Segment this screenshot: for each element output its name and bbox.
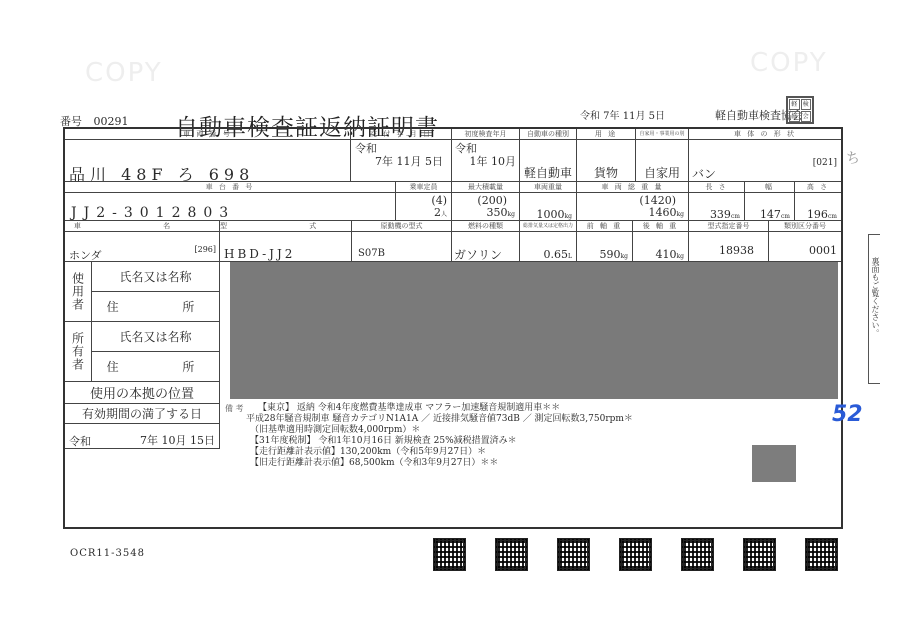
header-private-business: 自家用・事業用の別 [636, 129, 689, 140]
height-value: 196 [807, 208, 828, 221]
gross-weight-value: 1460 [649, 206, 677, 219]
header-model: 型 式 [220, 221, 352, 232]
owner-name-label: 氏名又は名称 [92, 322, 220, 352]
first-ym: 1年 10月 [455, 155, 516, 168]
qr-code-icon [557, 538, 590, 571]
remarks-line: 【走行距離計表示値】130,200km（令和5年9月27日）＊ [250, 447, 633, 458]
owner-address-label: 住 所 [92, 352, 220, 382]
margin-mark: ち [846, 148, 860, 168]
header-category-number: 類別区分番号 [769, 221, 841, 232]
displacement-cell: 0.65L [520, 232, 577, 262]
capacity-unit: 人 [441, 211, 447, 218]
watermark-copy-right: COPY [750, 48, 828, 78]
header-usage: 用 途 [577, 129, 636, 140]
user-name-label: 氏名又は名称 [92, 262, 220, 292]
vehicle-plate: 品川 48F ろ 698 [65, 140, 351, 182]
displacement-value: 0.65 [544, 248, 569, 261]
weight-unit: kg [508, 211, 515, 218]
user-label: 使用者 [65, 262, 92, 322]
seal-char: 協 [789, 111, 800, 122]
seal-char: 会 [801, 111, 812, 122]
body-code: [021] [813, 158, 837, 168]
header-issue-date: 交 付 年 月 日 [351, 129, 452, 140]
header-rear-axle: 後 軸 重 [633, 221, 689, 232]
weight-unit: kg [677, 253, 684, 260]
location-label: 使用の本拠の位置 [65, 382, 220, 404]
make-value: ホンダ [69, 247, 102, 262]
make-code: [296] [194, 245, 216, 254]
vehicle-usage: 貨物 [577, 140, 636, 182]
expiry-date-cell: 令和 7年 10月 15日 [65, 424, 220, 449]
vehicle-type: 軽自動車 [520, 140, 577, 182]
redacted-personal-info [230, 262, 838, 399]
remarks-line: （旧基準適用時測定回転数4,000rpm）＊ [250, 425, 633, 436]
rear-axle-value: 410 [656, 248, 677, 261]
user-address-label: 住 所 [92, 292, 220, 322]
length-value: 339 [710, 208, 731, 221]
remarks-line: 【東京】 返納 令和4年度燃費基準達成車 マフラー加速騒音規制適用車＊＊ [258, 403, 633, 414]
header-displacement: 総排気量又は定格出力 [520, 221, 577, 232]
body-shape-cell: バン [021] [689, 140, 841, 182]
remarks-section: 備 考 【東京】 返納 令和4年度燃費基準達成車 マフラー加速騒音規制適用車＊＊… [225, 403, 633, 469]
qr-code-row [433, 538, 838, 571]
vehicle-weight-value: 1000 [537, 208, 565, 221]
qr-code-icon [681, 538, 714, 571]
remarks-lines: 【東京】 返納 令和4年度燃費基準達成車 マフラー加速騒音規制適用車＊＊ 平成2… [260, 403, 633, 469]
header-height: 高 さ [795, 182, 841, 193]
capacity-value: 2 [434, 206, 441, 219]
fuel-type-value: ガソリン [452, 232, 520, 262]
header-fuel-type: 燃料の種類 [452, 221, 520, 232]
width-cell: 147cm [745, 193, 795, 221]
issue-ymd: 7年 11月 5日 [355, 155, 447, 168]
issue-date-cell: 令和 7年 11月 5日 [351, 140, 452, 182]
engine-model-value: S07B [352, 232, 452, 262]
weight-unit: kg [677, 211, 684, 218]
header-vehicle-weight: 車両重量 [520, 182, 577, 193]
vehicle-weight-cell: 1000kg [520, 193, 577, 221]
redacted-stamp [752, 445, 796, 482]
header-type-designation: 型式指定番号 [689, 221, 769, 232]
qr-code-icon [805, 538, 838, 571]
remarks-label: 備 考 [225, 403, 244, 414]
seal-char: 軽 [789, 99, 800, 110]
expiry-date: 7年 10月 15日 [140, 432, 215, 448]
front-axle-value: 590 [600, 248, 621, 261]
header-front-axle: 前 軸 重 [577, 221, 633, 232]
header-vehicle-type: 自動車の種別 [520, 129, 577, 140]
first-registration-cell: 令和 1年 10月 [452, 140, 520, 182]
remarks-line: 【旧走行距離計表示値】68,500km（令和3年9月27日）＊＊ [250, 458, 633, 469]
side-note-box: 裏面もご覧ください。 [868, 234, 880, 384]
category-number-value: 0001 [769, 232, 841, 262]
height-cell: 196cm [795, 193, 841, 221]
expiry-label: 有効期間の満了する日 [65, 404, 220, 424]
gross-weight-cell: (1420) 1460kg [577, 193, 689, 221]
header-body-shape: 車 体 の 形 状 [689, 129, 841, 140]
owner-label: 所有者 [65, 322, 92, 382]
expiry-era: 令和 [69, 433, 91, 449]
qr-code-icon [433, 538, 466, 571]
width-value: 147 [760, 208, 781, 221]
qr-code-icon [495, 538, 528, 571]
body-shape: バン [692, 165, 716, 182]
seal-char: 検 [801, 99, 812, 110]
front-axle-cell: 590kg [577, 232, 633, 262]
dim-unit: cm [731, 213, 740, 220]
issue-era: 令和 [355, 142, 447, 155]
qr-code-icon [619, 538, 652, 571]
header-gross-weight: 車 両 総 重 量 [577, 182, 689, 193]
header-length: 長 さ [689, 182, 745, 193]
header-vehicle-number: 車 両 番 号 [65, 129, 351, 140]
watermark-copy-left: COPY [85, 58, 163, 88]
dim-unit: cm [781, 213, 790, 220]
model-value: HBD-JJ2 [220, 232, 352, 262]
first-era: 令和 [455, 142, 516, 155]
header-width: 幅 [745, 182, 795, 193]
remarks-line: 【31年度税制】 令和1年10月16日 新規検査 25%減税措置済み＊ [250, 436, 633, 447]
header-make: 車 名 [65, 221, 220, 232]
weight-unit: kg [621, 253, 628, 260]
private-business: 自家用 [636, 140, 689, 182]
remarks-line: 平成28年騒音規制車 騒音カテゴリN1A1A ／ 近接排気騒音値73dB ／ 測… [246, 414, 633, 425]
chassis-number: JJ2-3012803 [65, 193, 396, 221]
length-cell: 339cm [689, 193, 745, 221]
header-max-load: 最大積載量 [452, 182, 520, 193]
official-seal-icon: 軽 検 協 会 [786, 96, 814, 124]
issue-date: 令和 7年 11月 5日 [580, 107, 665, 122]
ocr-code: OCR11-3548 [70, 548, 145, 559]
header-first-registration: 初度検査年月 [452, 129, 520, 140]
capacity-cell: (4) 2人 [396, 193, 452, 221]
side-note-text: 裏面もご覧ください。 [870, 257, 881, 337]
header-engine-model: 原動機の型式 [352, 221, 452, 232]
max-load-value: 350 [487, 206, 508, 219]
header-capacity: 乗車定員 [396, 182, 452, 193]
rear-axle-cell: 410kg [633, 232, 689, 262]
type-designation-value: 18938 [689, 232, 769, 262]
max-load-cell: (200) 350kg [452, 193, 520, 221]
handwritten-number: 52 [832, 402, 863, 427]
displacement-unit: L [568, 253, 572, 260]
header-chassis-number: 車 台 番 号 [65, 182, 396, 193]
make-cell: ホンダ [296] [65, 232, 220, 262]
weight-unit: kg [565, 213, 572, 220]
qr-code-icon [743, 538, 776, 571]
dim-unit: cm [828, 213, 837, 220]
